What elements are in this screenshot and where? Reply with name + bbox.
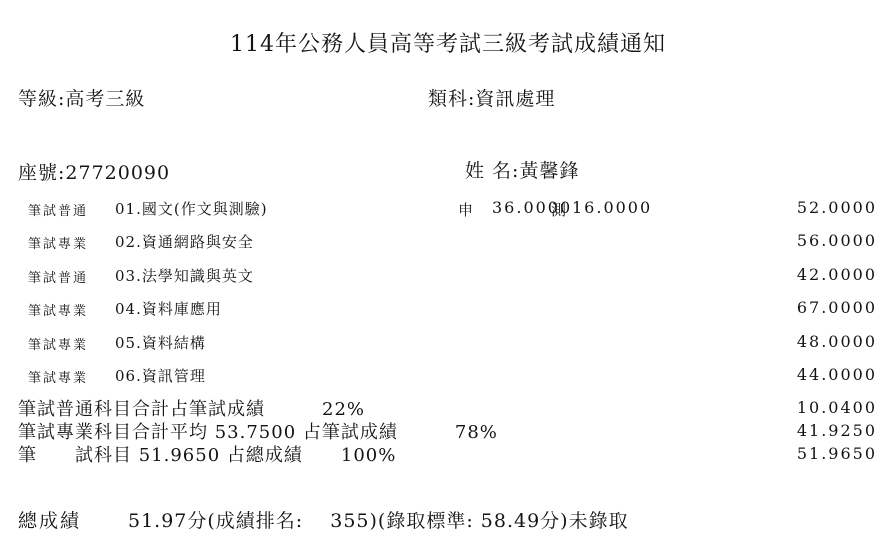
grade-value: 高考三級 [65,88,145,110]
summary-score: 51.9650 [797,444,877,463]
grade-field: 等級:高考三級 [18,84,145,111]
subject-score: 48.0000 [797,332,877,351]
subject-category: 筆試普通 [28,267,88,286]
summary-score: 41.9250 [797,421,877,440]
candidate-name-field: 姓 名:黃馨鋒 [465,156,579,183]
subject-row: 筆試專業 05.資料結構 48.0000 [0,330,896,354]
subject-score: 56.0000 [797,231,877,250]
subject-category: 筆試普通 [28,200,88,219]
subject-name: 04.資料庫應用 [115,298,222,319]
subject-row: 筆試普通 03.法學知識與英文 42.0000 [0,263,896,287]
subject-score: 52.0000 [797,198,877,217]
category-label: 類科: [428,88,475,110]
subject-score: 42.0000 [797,265,877,284]
subject-category: 筆試專業 [28,233,88,252]
total-score-label: 總成績 [18,506,81,533]
subject-name: 05.資料結構 [115,332,206,353]
test-score-label: 測 [551,199,566,220]
total-score-row: 總成績 51.97分(成績排名: 355)(錄取標準: 58.49分)未錄取 [0,506,896,530]
subject-name: 01.國文(作文與測驗) [115,198,268,219]
subject-row: 筆試專業 02.資通網路與安全 56.0000 [0,229,896,253]
score-notice-document: 114年公務人員高等考試三級考試成績通知 等級:高考三級 類科:資訊處理 座號:… [0,0,896,552]
subject-category: 筆試專業 [28,334,88,353]
candidate-name-value: 黃馨鋒 [519,160,579,182]
grade-label: 等級: [18,88,65,110]
summary-score: 10.0400 [797,398,877,417]
subject-name: 06.資訊管理 [115,365,206,386]
subject-name: 03.法學知識與英文 [115,265,254,286]
essay-score-label: 申 [458,199,473,220]
seat-number-field: 座號:27720090 [18,158,170,185]
subject-name: 02.資通網路與安全 [115,231,254,252]
test-score-value: 16.0000 [572,198,652,217]
candidate-name-label: 姓 名: [465,160,519,182]
category-field: 類科:資訊處理 [428,84,555,111]
seat-number-label: 座號: [18,162,65,184]
summary-row: 筆試普通科目合計占筆試成績 22% 10.0400 [0,395,896,419]
subject-category: 筆試專業 [28,367,88,386]
subject-score: 67.0000 [797,298,877,317]
subject-row: 筆試專業 04.資料庫應用 67.0000 [0,296,896,320]
subject-category: 筆試專業 [28,300,88,319]
subject-score: 44.0000 [797,365,877,384]
category-value: 資訊處理 [475,88,555,110]
summary-text: 筆 試科目 51.9650 占總成績 100% [18,441,396,467]
subject-row: 筆試普通 01.國文(作文與測驗) 申 36.0000 測 16.0000 52… [0,196,896,220]
total-score-value: 51.97分(成績排名: 355)(錄取標準: 58.49分)未錄取 [128,506,629,533]
summary-row: 筆 試科目 51.9650 占總成績 100% 51.9650 [0,441,896,465]
document-title: 114年公務人員高等考試三級考試成績通知 [0,27,896,58]
subject-row: 筆試專業 06.資訊管理 44.0000 [0,363,896,387]
summary-row: 筆試專業科目合計平均 53.7500 占筆試成績 78% 41.9250 [0,418,896,442]
seat-number-value: 27720090 [65,162,170,184]
